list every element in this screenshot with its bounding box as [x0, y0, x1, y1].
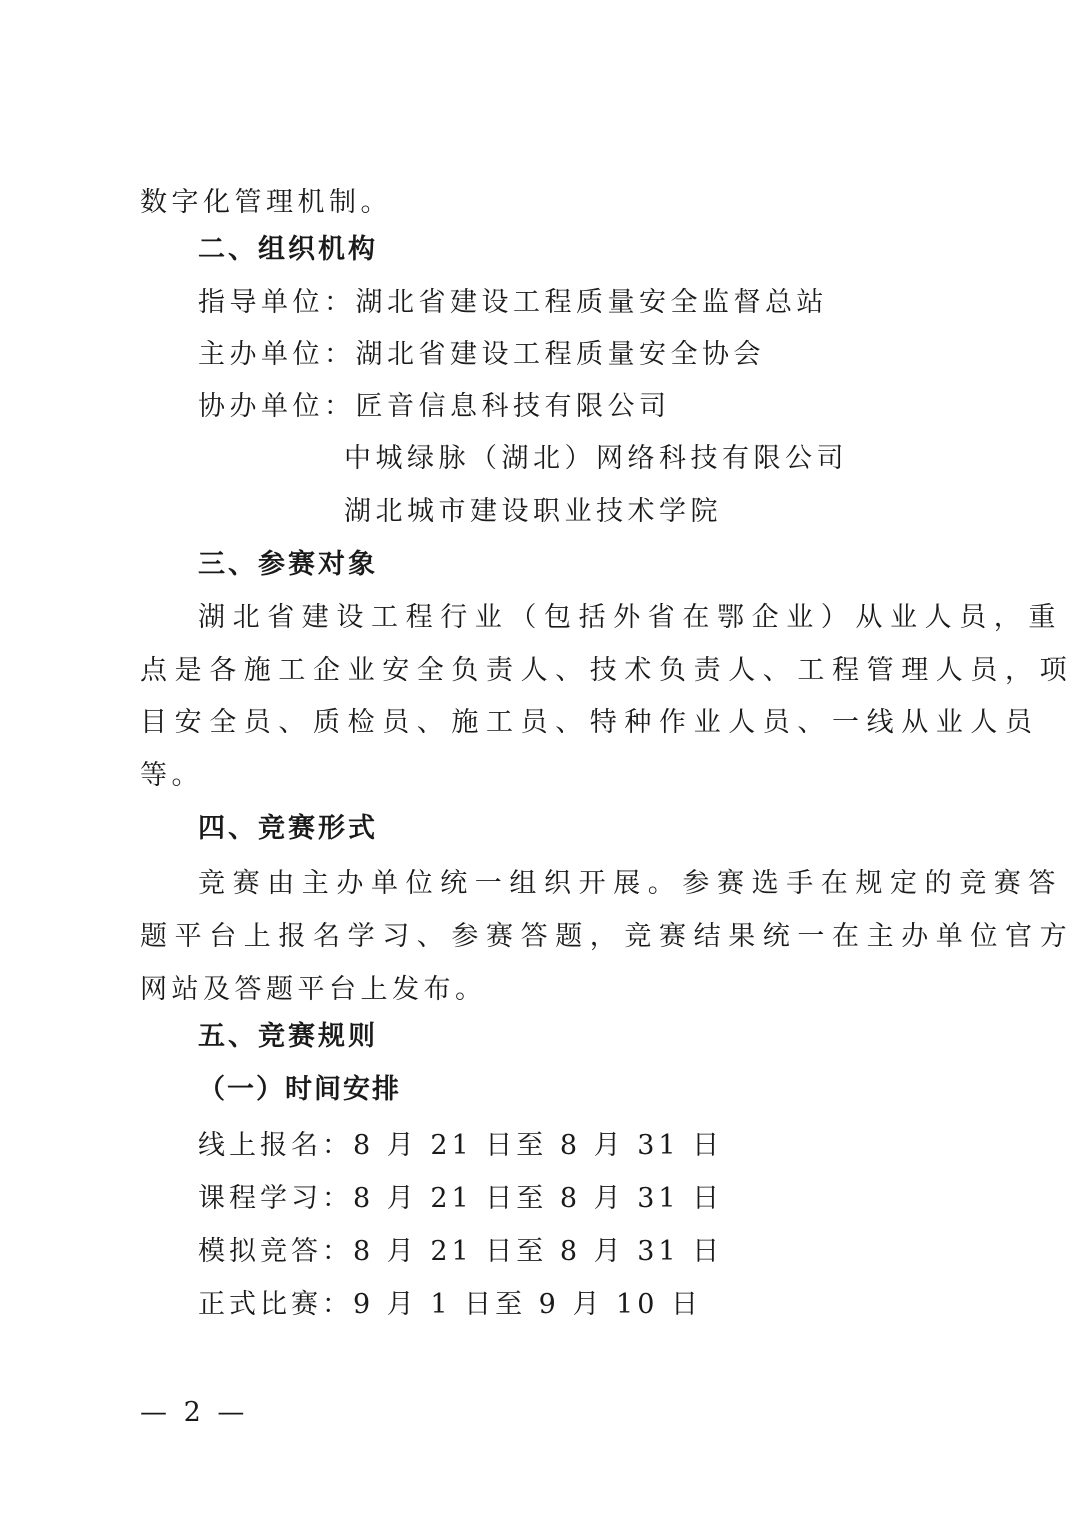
guide-unit-row: 指导单位：湖北省建设工程质量安全监督总站 — [198, 286, 828, 320]
schedule-row: 课程学习：8 月 21 日至 8 月 31 日 — [198, 1182, 723, 1216]
schedule-value: 9 月 1 日至 9 月 10 日 — [353, 1289, 702, 1320]
co-unit-row: 协办单位：匠音信息科技有限公司 — [198, 390, 671, 424]
host-unit-value: 湖北省建设工程质量安全协会 — [356, 339, 766, 370]
schedule-label: 正式比赛： — [198, 1289, 353, 1320]
subheading-schedule: （一）时间安排 — [198, 1073, 401, 1107]
schedule-label: 课程学习： — [198, 1183, 353, 1214]
co-unit-value: 匠音信息科技有限公司 — [356, 391, 671, 422]
section-heading-rules: 五、竞赛规则 — [198, 1020, 378, 1054]
co-unit-label: 协办单位： — [198, 391, 356, 422]
schedule-value: 8 月 21 日至 8 月 31 日 — [353, 1183, 723, 1214]
paragraph-line: 等。 — [140, 759, 203, 793]
schedule-value: 8 月 21 日至 8 月 31 日 — [353, 1130, 723, 1161]
paragraph-line: 湖北省建设工程行业（包括外省在鄂企业）从业人员，重 — [198, 601, 1063, 635]
paragraph-line: 题平台上报名学习、参赛答题，竞赛结果统一在主办单位官方 — [140, 920, 1074, 954]
host-unit-label: 主办单位： — [198, 339, 356, 370]
intro-tail: 数字化管理机制。 — [140, 186, 392, 220]
host-unit-row: 主办单位：湖北省建设工程质量安全协会 — [198, 338, 765, 372]
paragraph-line: 竞赛由主办单位统一组织开展。参赛选手在规定的竞赛答 — [198, 867, 1063, 901]
schedule-row: 模拟竞答：8 月 21 日至 8 月 31 日 — [198, 1235, 723, 1269]
paragraph-line: 网站及答题平台上发布。 — [140, 973, 487, 1007]
schedule-row: 正式比赛：9 月 1 日至 9 月 10 日 — [198, 1288, 702, 1322]
schedule-label: 模拟竞答： — [198, 1236, 353, 1267]
schedule-row: 线上报名：8 月 21 日至 8 月 31 日 — [198, 1129, 723, 1163]
co-unit-value: 湖北城市建设职业技术学院 — [344, 495, 722, 529]
schedule-label: 线上报名： — [198, 1130, 353, 1161]
paragraph-line: 点是各施工企业安全负责人、技术负责人、工程管理人员，项 — [140, 654, 1074, 688]
co-unit-value: 中城绿脉（湖北）网络科技有限公司 — [344, 442, 848, 476]
guide-unit-label: 指导单位： — [198, 287, 356, 318]
schedule-value: 8 月 21 日至 8 月 31 日 — [353, 1236, 723, 1267]
section-heading-participants: 三、参赛对象 — [198, 548, 378, 582]
guide-unit-value: 湖北省建设工程质量安全监督总站 — [356, 287, 829, 318]
section-heading-format: 四、竞赛形式 — [198, 812, 378, 846]
paragraph-line: 目安全员、质检员、施工员、特种作业人员、一线从业人员 — [140, 706, 1040, 740]
page-number: — 2 — — [140, 1396, 248, 1430]
section-heading-org: 二、组织机构 — [198, 233, 378, 267]
